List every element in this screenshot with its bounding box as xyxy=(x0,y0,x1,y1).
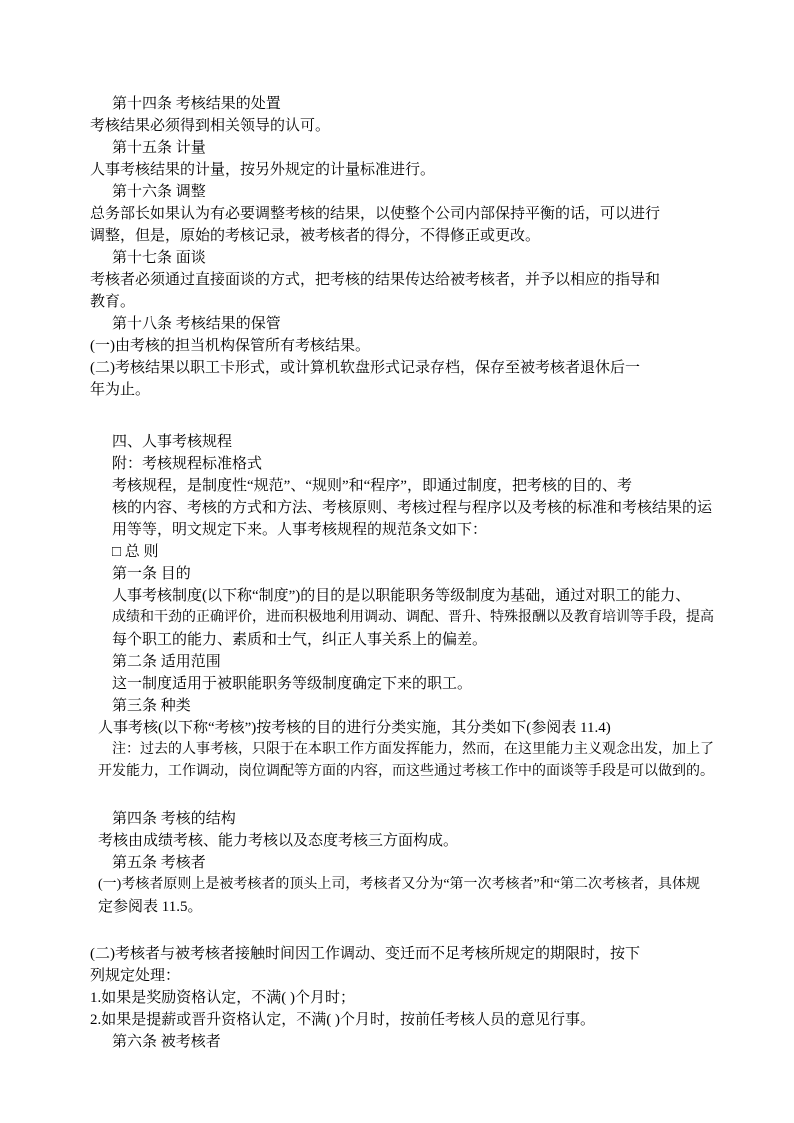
text-line: 开发能力，工作调动，岗位调配等方面的内容，而这些通过考核工作中的面谈等手段是可以… xyxy=(90,761,754,783)
blank-line xyxy=(90,918,754,943)
text-line: 列规定处理： xyxy=(90,965,754,987)
text-line: 注：过去的人事考核，只限于在本职工作方面发挥能力，然而，在这里能力主义观念出发，… xyxy=(90,739,754,761)
text-line: □ 总 则 xyxy=(90,541,754,563)
text-line: 2.如果是提薪或晋升资格认定，不满( )个月时，按前任考核人员的意见行事。 xyxy=(90,1009,754,1031)
document-page: 第十四条 考核结果的处置考核结果必须得到相关领导的认可。第十五条 计量人事考核结… xyxy=(0,0,794,1123)
text-line: 调整，但是，原始的考核记录，被考核者的得分，不得修正或更改。 xyxy=(90,225,754,247)
text-line: 第十五条 计量 xyxy=(90,137,754,159)
text-line: 第十四条 考核结果的处置 xyxy=(90,93,754,115)
text-line: 第十七条 面谈 xyxy=(90,247,754,269)
text-line: 考核者必须通过直接面谈的方式，把考核的结果传达给被考核者，并予以相应的指导和 xyxy=(90,269,754,291)
text-line: 教育。 xyxy=(90,291,754,313)
text-line: 每个职工的能力、素质和士气，纠正人事关系上的偏差。 xyxy=(90,629,754,651)
text-line: (二)考核者与被考核者接触时间因工作调动、变迁而不足考核所规定的期限时，按下 xyxy=(90,943,754,965)
text-line: 总务部长如果认为有必要调整考核的结果，以使整个公司内部保持平衡的话，可以进行 xyxy=(90,203,754,225)
text-line: 第十六条 调整 xyxy=(90,181,754,203)
text-line: 核的内容、考核的方式和方法、考核原则、考核过程与程序以及考核的标准和考核结果的运 xyxy=(90,497,754,519)
text-line: 第六条 被考核者 xyxy=(90,1031,754,1053)
blank-line xyxy=(90,401,754,431)
text-line: 人事考核结果的计量，按另外规定的计量标准进行。 xyxy=(90,159,754,181)
text-line: 考核规程，是制度性“规范”、“规则”和“程序”，即通过制度，把考核的目的、考 xyxy=(90,475,754,497)
text-line: 年为止。 xyxy=(90,379,754,401)
text-line: (一)考核者原则上是被考核者的顶头上司，考核者又分为“第一次考核者”和“第二次考… xyxy=(90,874,754,896)
text-line: 第五条 考核者 xyxy=(90,852,754,874)
text-line: 第三条 种类 xyxy=(90,695,754,717)
text-line: 第一条 目的 xyxy=(90,563,754,585)
text-line: (一)由考核的担当机构保管所有考核结果。 xyxy=(90,335,754,357)
text-line: (二)考核结果以职工卡形式，或计算机软盘形式记录存档，保存至被考核者退休后一 xyxy=(90,357,754,379)
text-line: 四、人事考核规程 xyxy=(90,431,754,453)
document-body: 第十四条 考核结果的处置考核结果必须得到相关领导的认可。第十五条 计量人事考核结… xyxy=(90,93,754,1053)
text-line: 第二条 适用范围 xyxy=(90,651,754,673)
text-line: 考核由成绩考核、能力考核以及态度考核三方面构成。 xyxy=(90,830,754,852)
text-line: 人事考核制度(以下称“制度”)的目的是以职能职务等级制度为基础，通过对职工的能力… xyxy=(90,585,754,607)
blank-line xyxy=(90,783,754,808)
text-line: 成绩和干劲的正确评价，进而积极地利用调动、调配、晋升、特殊报酬以及教育培训等手段… xyxy=(90,607,754,629)
text-line: 这一制度适用于被职能职务等级制度确定下来的职工。 xyxy=(90,673,754,695)
text-line: 1.如果是奖励资格认定，不满( )个月时； xyxy=(90,987,754,1009)
text-line: 附：考核规程标准格式 xyxy=(90,453,754,475)
text-line: 用等等，明文规定下来。人事考核规程的规范条文如下： xyxy=(90,519,754,541)
text-line: 定参阅表 11.5。 xyxy=(90,896,754,918)
text-line: 第四条 考核的结构 xyxy=(90,808,754,830)
text-line: 考核结果必须得到相关领导的认可。 xyxy=(90,115,754,137)
text-line: 第十八条 考核结果的保管 xyxy=(90,313,754,335)
text-line: 人事考核(以下称“考核”)按考核的目的进行分类实施，其分类如下(参阅表 11.4… xyxy=(90,717,754,739)
